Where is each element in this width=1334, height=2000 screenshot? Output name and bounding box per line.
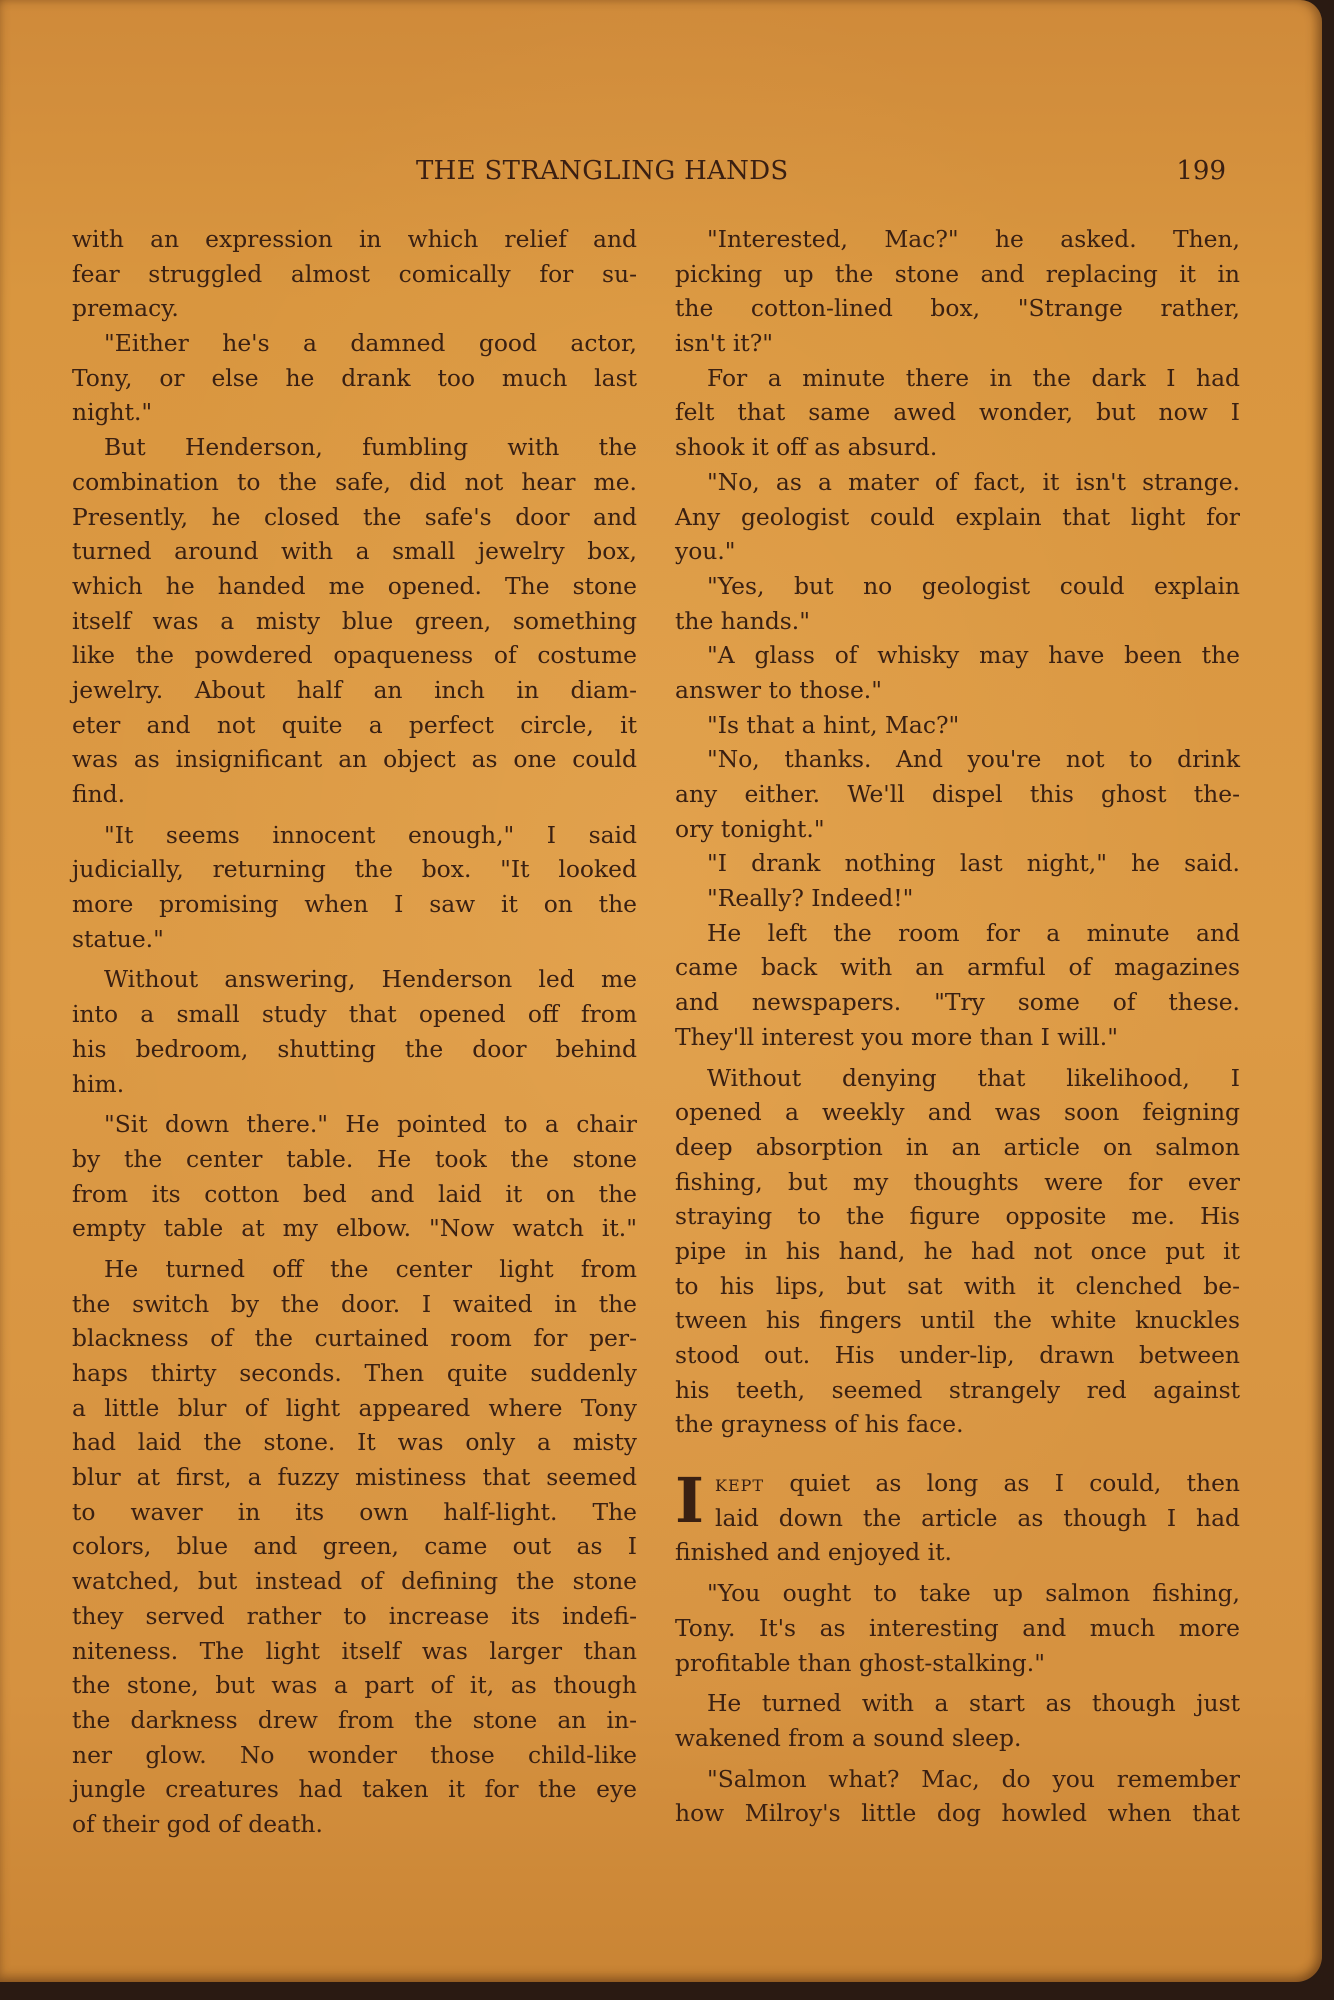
text-line: He left the room for a minute and — [675, 916, 1240, 951]
page-number: 199 — [1176, 156, 1226, 186]
text-line: Tony. It's as interesting and much more — [675, 1611, 1240, 1646]
text-line: He turned with a start as though just — [675, 1686, 1240, 1721]
text-line: with an expression in which relief and — [72, 222, 637, 257]
text-line: "Is that a hint, Mac?" — [675, 708, 1240, 743]
text-line: "Salmon what? Mac, do you remember — [675, 1762, 1240, 1797]
text-line: "It seems innocent enough," I said — [72, 818, 637, 853]
text-line: felt that same awed wonder, but now I — [675, 395, 1240, 430]
text-line: came back with an armful of magazines — [675, 950, 1240, 985]
text-line: watched, but instead of defining the sto… — [72, 1564, 637, 1599]
text-line: itself was a misty blue green, something — [72, 604, 637, 639]
text-line: blackness of the curtained room for per- — [72, 1321, 637, 1356]
text-line: the stone, but was a part of it, as thou… — [72, 1668, 637, 1703]
text-line: find. — [72, 777, 637, 812]
text-line: haps thirty seconds. Then quite suddenly — [72, 1356, 637, 1391]
text-line: empty table at my elbow. "Now watch it." — [72, 1211, 637, 1246]
text-line: straying to the figure opposite me. His — [675, 1199, 1240, 1234]
text-line: But Henderson, fumbling with the — [72, 430, 637, 465]
small-caps-lead: kept — [715, 1469, 764, 1497]
text-line: statue." — [72, 922, 637, 957]
text-line: the cotton-lined box, "Strange rather, — [675, 291, 1240, 326]
text-line: picking up the stone and replacing it in — [675, 257, 1240, 292]
text-fragment: quiet as long as I could, then — [764, 1469, 1240, 1497]
text-line: how Milroy's little dog howled when that — [675, 1796, 1240, 1831]
text-line: the switch by the door. I waited in the — [72, 1287, 637, 1322]
text-line: eter and not quite a perfect circle, it — [72, 708, 637, 743]
text-line: by the center table. He took the stone — [72, 1142, 637, 1177]
text-line: They'll interest you more than I will." — [675, 1020, 1240, 1055]
text-line: "Really? Indeed!" — [675, 881, 1240, 916]
text-line: any either. We'll dispel this ghost the- — [675, 777, 1240, 812]
text-line: shook it off as absurd. — [675, 430, 1240, 465]
left-column: with an expression in which relief and f… — [72, 222, 637, 1842]
text-line: blur at first, a fuzzy mistiness that se… — [72, 1460, 637, 1495]
text-line: He turned off the center light from — [72, 1252, 637, 1287]
text-line: ner glow. No wonder those child-like — [72, 1738, 637, 1773]
text-line: Tony, or else he drank too much last — [72, 361, 637, 396]
text-line: answer to those." — [675, 673, 1240, 708]
text-line: which he handed me opened. The stone — [72, 569, 637, 604]
text-line: the grayness of his face. — [675, 1407, 1240, 1442]
text-line: and newspapers. "Try some of these. — [675, 985, 1240, 1020]
book-page: THE STRANGLING HANDS 199 with an express… — [0, 0, 1322, 1982]
text-line: Without answering, Henderson led me — [72, 962, 637, 997]
text-line: to his lips, but sat with it clenched be… — [675, 1269, 1240, 1304]
text-line: to waver in its own half-light. The — [72, 1495, 637, 1530]
text-line: jungle creatures had taken it for the ey… — [72, 1772, 637, 1807]
text-line: his bedroom, shutting the door behind — [72, 1032, 637, 1067]
text-line: into a small study that opened off from — [72, 997, 637, 1032]
text-line: isn't it?" — [675, 326, 1240, 361]
text-line: you." — [675, 534, 1240, 569]
text-line: Any geologist could explain that light f… — [675, 500, 1240, 535]
text-line: niteness. The light itself was larger th… — [72, 1634, 637, 1669]
text-line: stood out. His under-lip, drawn between — [675, 1338, 1240, 1373]
text-line: fishing, but my thoughts were for ever — [675, 1165, 1240, 1200]
text-line: from its cotton bed and laid it on the — [72, 1177, 637, 1212]
text-line: "A glass of whisky may have been the — [675, 638, 1240, 673]
section-break — [675, 1442, 1240, 1466]
text-line: like the powdered opaqueness of costume — [72, 638, 637, 673]
text-line: turned around with a small jewelry box, — [72, 534, 637, 569]
text-line: "Either he's a damned good actor, — [72, 326, 637, 361]
text-line: Without denying that likelihood, I — [675, 1061, 1240, 1096]
text-line: pipe in his hand, he had not once put it — [675, 1234, 1240, 1269]
text-line: finished and enjoyed it. — [675, 1535, 1240, 1570]
page-header: THE STRANGLING HANDS 199 — [416, 156, 1226, 196]
text-line: the hands." — [675, 604, 1240, 639]
text-line: "No, as a mater of fact, it isn't strang… — [675, 465, 1240, 500]
text-line: laid down the article as though I had — [675, 1501, 1240, 1536]
text-line: night." — [72, 395, 637, 430]
text-line: "Sit down there." He pointed to a chair — [72, 1107, 637, 1142]
text-line: was as insignificant an object as one co… — [72, 742, 637, 777]
text-line: For a minute there in the dark I had — [675, 361, 1240, 396]
text-line: combination to the safe, did not hear me… — [72, 465, 637, 500]
text-line: "Yes, but no geologist could explain — [675, 569, 1240, 604]
text-line: him. — [72, 1067, 637, 1102]
text-line: the darkness drew from the stone an in- — [72, 1703, 637, 1738]
text-line: fear struggled almost comically for su- — [72, 257, 637, 292]
text-line: tween his fingers until the white knuckl… — [675, 1303, 1240, 1338]
text-line: judicially, returning the box. "It looke… — [72, 852, 637, 887]
text-line: Presently, he closed the safe's door and — [72, 500, 637, 535]
text-line: more promising when I saw it on the — [72, 887, 637, 922]
text-line: deep absorption in an article on salmon — [675, 1130, 1240, 1165]
text-line: I kept quiet as long as I could, then — [675, 1466, 1240, 1501]
right-column: "Interested, Mac?" he asked. Then, picki… — [675, 222, 1240, 1831]
text-line: "No, thanks. And you're not to drink — [675, 742, 1240, 777]
text-line: profitable than ghost-stalking." — [675, 1646, 1240, 1681]
text-line: they served rather to increase its indef… — [72, 1599, 637, 1634]
text-line: "Interested, Mac?" he asked. Then, — [675, 222, 1240, 257]
text-line: of their god of death. — [72, 1807, 637, 1842]
text-line: ory tonight." — [675, 812, 1240, 847]
text-line: had laid the stone. It was only a misty — [72, 1425, 637, 1460]
text-line: jewelry. About half an inch in diam- — [72, 673, 637, 708]
text-line: a little blur of light appeared where To… — [72, 1391, 637, 1426]
text-line: wakened from a sound sleep. — [675, 1721, 1240, 1756]
text-line: premacy. — [72, 291, 637, 326]
text-line: "I drank nothing last night," he said. — [675, 846, 1240, 881]
text-line: his teeth, seemed strangely red against — [675, 1373, 1240, 1408]
running-title: THE STRANGLING HANDS — [416, 156, 788, 186]
text-line: opened a weekly and was soon feigning — [675, 1095, 1240, 1130]
text-line: colors, blue and green, came out as I — [72, 1529, 637, 1564]
text-line: "You ought to take up salmon fishing, — [675, 1576, 1240, 1611]
